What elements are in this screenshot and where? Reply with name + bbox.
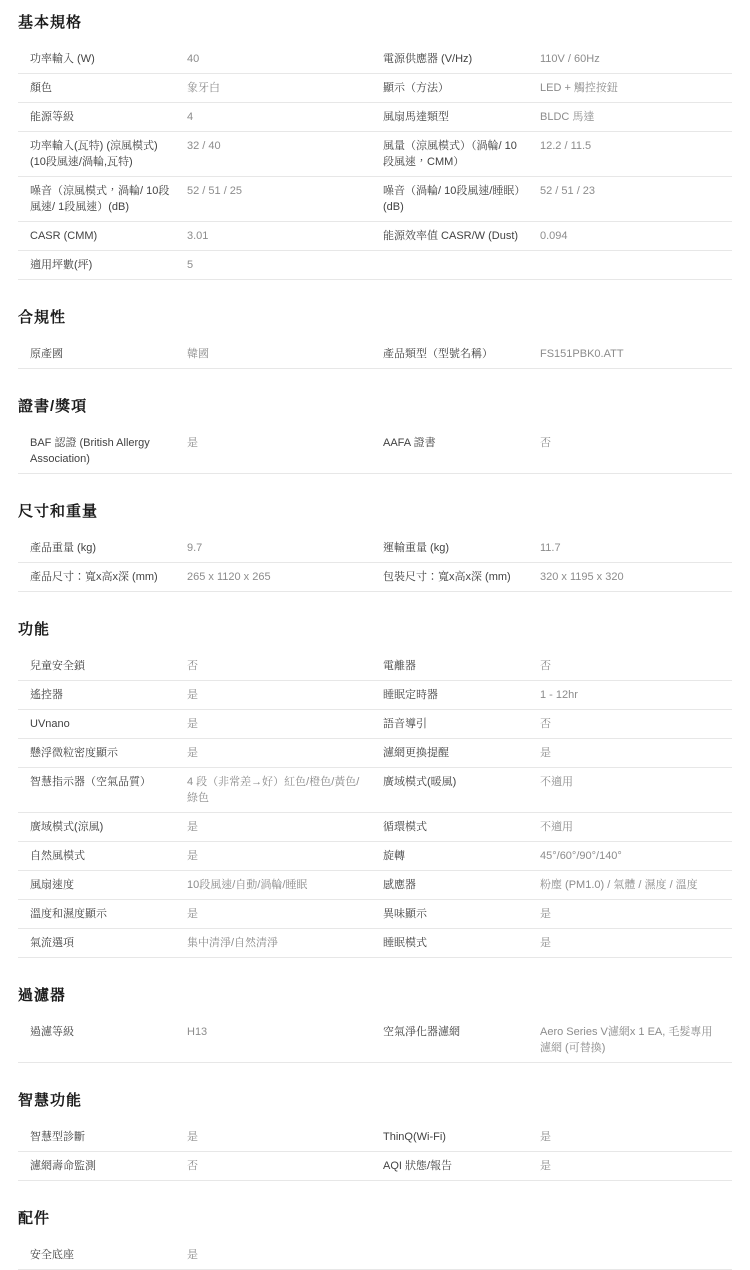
spec-value-left: 是 bbox=[187, 906, 383, 922]
spec-row: 原產國 韓國 產品類型（型號名稱） FS151PBK0.ATT bbox=[18, 340, 732, 369]
spec-section: 過濾器 過濾等級 H13 空氣淨化器濾網 Aero Series V濾網x 1 … bbox=[18, 985, 732, 1063]
spec-value-right: 否 bbox=[540, 435, 732, 467]
spec-value-left: 10段風速/自動/渦輪/睡眠 bbox=[187, 877, 383, 893]
spec-value-right: Aero Series V濾網x 1 EA, 毛髮專用濾網 (可替換) bbox=[540, 1024, 732, 1056]
spec-label-left: 產品重量 (kg) bbox=[30, 540, 187, 556]
spec-row: BAF 認證 (British Allergy Association) 是 A… bbox=[18, 429, 732, 474]
spec-label-right: 噪音（渦輪/ 10段風速/睡眠）(dB) bbox=[383, 183, 540, 215]
spec-label-right: 風扇馬達類型 bbox=[383, 109, 540, 125]
spec-label-right: 產品類型（型號名稱） bbox=[383, 346, 540, 362]
spec-value-right: 110V / 60Hz bbox=[540, 51, 732, 67]
spec-label-right: 空氣淨化器濾網 bbox=[383, 1024, 540, 1056]
spec-value-left: 是 bbox=[187, 819, 383, 835]
spec-label-right: 語音導引 bbox=[383, 716, 540, 732]
section-title: 功能 bbox=[18, 619, 732, 641]
section-title: 智慧功能 bbox=[18, 1090, 732, 1112]
spec-label-left: 智慧型診斷 bbox=[30, 1129, 187, 1145]
spec-section: 功能 兒童安全鎖 否 電離器 否 遙控器 是 睡眠定時器 1 - 12hr UV… bbox=[18, 619, 732, 958]
spec-label-right: 顯示（方法） bbox=[383, 80, 540, 96]
spec-row: CASR (CMM) 3.01 能源效率值 CASR/W (Dust) 0.09… bbox=[18, 222, 732, 251]
spec-value-left: 4 段（非常差→好）紅色/橙色/黃色/綠色 bbox=[187, 774, 383, 806]
spec-label-right bbox=[383, 1247, 540, 1263]
spec-label-left: 功率輸入 (W) bbox=[30, 51, 187, 67]
spec-sections-container: 基本規格 功率輸入 (W) 40 電源供應器 (V/Hz) 110V / 60H… bbox=[0, 12, 750, 1270]
spec-value-right: 12.2 / 11.5 bbox=[540, 138, 732, 170]
spec-row: 溫度和濕度顯示 是 異味顯示 是 bbox=[18, 900, 732, 929]
spec-value-left: 是 bbox=[187, 1129, 383, 1145]
spec-label-right: 異味顯示 bbox=[383, 906, 540, 922]
spec-value-left: 是 bbox=[187, 745, 383, 761]
spec-value-left: 52 / 51 / 25 bbox=[187, 183, 383, 215]
section-title: 基本規格 bbox=[18, 12, 732, 34]
section-rows: 安全底座 是 bbox=[18, 1241, 732, 1270]
section-rows: 過濾等級 H13 空氣淨化器濾網 Aero Series V濾網x 1 EA, … bbox=[18, 1018, 732, 1063]
spec-value-right bbox=[540, 257, 732, 273]
spec-label-left: 廣域模式(涼風) bbox=[30, 819, 187, 835]
spec-label-left: 濾網壽命監測 bbox=[30, 1158, 187, 1174]
spec-label-left: 溫度和濕度顯示 bbox=[30, 906, 187, 922]
spec-value-right: FS151PBK0.ATT bbox=[540, 346, 732, 362]
spec-row: 廣域模式(涼風) 是 循環模式 不適用 bbox=[18, 813, 732, 842]
spec-label-left: 顏色 bbox=[30, 80, 187, 96]
spec-value-left: 是 bbox=[187, 848, 383, 864]
spec-section: 合規性 原產國 韓國 產品類型（型號名稱） FS151PBK0.ATT bbox=[18, 307, 732, 369]
spec-section: 證書/獎項 BAF 認證 (British Allergy Associatio… bbox=[18, 396, 732, 474]
spec-value-right: 否 bbox=[540, 658, 732, 674]
spec-value-right: 45°/60°/90°/140° bbox=[540, 848, 732, 864]
spec-row: UVnano 是 語音導引 否 bbox=[18, 710, 732, 739]
spec-value-right: 11.7 bbox=[540, 540, 732, 556]
spec-label-left: 安全底座 bbox=[30, 1247, 187, 1263]
spec-value-right: 是 bbox=[540, 745, 732, 761]
spec-value-right: 不適用 bbox=[540, 819, 732, 835]
section-rows: 功率輸入 (W) 40 電源供應器 (V/Hz) 110V / 60Hz 顏色 … bbox=[18, 45, 732, 280]
spec-label-left: 遙控器 bbox=[30, 687, 187, 703]
section-title: 合規性 bbox=[18, 307, 732, 329]
spec-row: 遙控器 是 睡眠定時器 1 - 12hr bbox=[18, 681, 732, 710]
spec-row: 產品尺寸：寬x高x深 (mm) 265 x 1120 x 265 包裝尺寸：寬x… bbox=[18, 563, 732, 592]
spec-value-left: 是 bbox=[187, 687, 383, 703]
spec-value-right: 1 - 12hr bbox=[540, 687, 732, 703]
spec-value-right: 是 bbox=[540, 1129, 732, 1145]
section-rows: BAF 認證 (British Allergy Association) 是 A… bbox=[18, 429, 732, 474]
spec-value-right: 不適用 bbox=[540, 774, 732, 806]
spec-value-right: 是 bbox=[540, 935, 732, 951]
spec-value-left: 集中清淨/自然清淨 bbox=[187, 935, 383, 951]
spec-label-left: 噪音（涼風模式，渦輪/ 10段風速/ 1段風速）(dB) bbox=[30, 183, 187, 215]
spec-section: 智慧功能 智慧型診斷 是 ThinQ(Wi-Fi) 是 濾網壽命監測 否 AQI… bbox=[18, 1090, 732, 1181]
spec-label-left: CASR (CMM) bbox=[30, 228, 187, 244]
spec-label-left: 氣流選項 bbox=[30, 935, 187, 951]
spec-label-right: 風量（涼風模式）（渦輪/ 10段風速，CMM） bbox=[383, 138, 540, 170]
spec-row: 能源等級 4 風扇馬達類型 BLDC 馬達 bbox=[18, 103, 732, 132]
spec-page: 基本規格 功率輸入 (W) 40 電源供應器 (V/Hz) 110V / 60H… bbox=[0, 0, 750, 1270]
spec-value-left: 是 bbox=[187, 716, 383, 732]
section-rows: 產品重量 (kg) 9.7 運輸重量 (kg) 11.7 產品尺寸：寬x高x深 … bbox=[18, 534, 732, 592]
spec-label-left: BAF 認證 (British Allergy Association) bbox=[30, 435, 187, 467]
spec-value-right: 0.094 bbox=[540, 228, 732, 244]
spec-label-left: 產品尺寸：寬x高x深 (mm) bbox=[30, 569, 187, 585]
spec-label-right: 包裝尺寸：寬x高x深 (mm) bbox=[383, 569, 540, 585]
spec-label-left: 懸浮微粒密度顯示 bbox=[30, 745, 187, 761]
spec-value-left: 否 bbox=[187, 1158, 383, 1174]
section-title: 過濾器 bbox=[18, 985, 732, 1007]
spec-value-left: 韓國 bbox=[187, 346, 383, 362]
spec-row: 懸浮微粒密度顯示 是 濾網更換提醒 是 bbox=[18, 739, 732, 768]
spec-row: 過濾等級 H13 空氣淨化器濾網 Aero Series V濾網x 1 EA, … bbox=[18, 1018, 732, 1063]
spec-row: 氣流選項 集中清淨/自然清淨 睡眠模式 是 bbox=[18, 929, 732, 958]
section-rows: 智慧型診斷 是 ThinQ(Wi-Fi) 是 濾網壽命監測 否 AQI 狀態/報… bbox=[18, 1123, 732, 1181]
spec-section: 尺寸和重量 產品重量 (kg) 9.7 運輸重量 (kg) 11.7 產品尺寸：… bbox=[18, 501, 732, 592]
spec-value-left: 3.01 bbox=[187, 228, 383, 244]
spec-label-right: ThinQ(Wi-Fi) bbox=[383, 1129, 540, 1145]
spec-row: 功率輸入 (W) 40 電源供應器 (V/Hz) 110V / 60Hz bbox=[18, 45, 732, 74]
spec-row: 安全底座 是 bbox=[18, 1241, 732, 1270]
spec-row: 風扇速度 10段風速/自動/渦輪/睡眠 感應器 粉塵 (PM1.0) / 氣體 … bbox=[18, 871, 732, 900]
spec-label-right: 感應器 bbox=[383, 877, 540, 893]
spec-label-right: 能源效率值 CASR/W (Dust) bbox=[383, 228, 540, 244]
spec-value-left: 象牙白 bbox=[187, 80, 383, 96]
spec-row: 噪音（涼風模式，渦輪/ 10段風速/ 1段風速）(dB) 52 / 51 / 2… bbox=[18, 177, 732, 222]
spec-value-left: 32 / 40 bbox=[187, 138, 383, 170]
spec-value-left: 40 bbox=[187, 51, 383, 67]
spec-label-right: AAFA 證書 bbox=[383, 435, 540, 467]
spec-value-right: LED + 觸控按鈕 bbox=[540, 80, 732, 96]
spec-value-right: BLDC 馬達 bbox=[540, 109, 732, 125]
spec-value-right: 是 bbox=[540, 906, 732, 922]
spec-row: 顏色 象牙白 顯示（方法） LED + 觸控按鈕 bbox=[18, 74, 732, 103]
spec-label-left: 兒童安全鎖 bbox=[30, 658, 187, 674]
spec-label-right: 睡眠模式 bbox=[383, 935, 540, 951]
spec-row: 智慧型診斷 是 ThinQ(Wi-Fi) 是 bbox=[18, 1123, 732, 1152]
spec-label-left: UVnano bbox=[30, 716, 187, 732]
spec-row: 功率輸入(瓦特) (涼風模式) (10段風速/渦輪,瓦特) 32 / 40 風量… bbox=[18, 132, 732, 177]
spec-label-left: 過濾等級 bbox=[30, 1024, 187, 1056]
spec-section: 基本規格 功率輸入 (W) 40 電源供應器 (V/Hz) 110V / 60H… bbox=[18, 12, 732, 280]
spec-value-left: 是 bbox=[187, 435, 383, 467]
spec-value-right bbox=[540, 1247, 732, 1263]
spec-label-left: 自然風模式 bbox=[30, 848, 187, 864]
spec-label-right: 旋轉 bbox=[383, 848, 540, 864]
spec-label-right: 濾網更換提醒 bbox=[383, 745, 540, 761]
spec-value-right: 320 x 1195 x 320 bbox=[540, 569, 732, 585]
section-title: 證書/獎項 bbox=[18, 396, 732, 418]
spec-label-right: 循環模式 bbox=[383, 819, 540, 835]
spec-value-left: 否 bbox=[187, 658, 383, 674]
spec-label-right: 廣域模式(暖風) bbox=[383, 774, 540, 806]
spec-label-right: 睡眠定時器 bbox=[383, 687, 540, 703]
spec-value-left: H13 bbox=[187, 1024, 383, 1056]
spec-value-left: 265 x 1120 x 265 bbox=[187, 569, 383, 585]
spec-row: 自然風模式 是 旋轉 45°/60°/90°/140° bbox=[18, 842, 732, 871]
spec-value-right: 是 bbox=[540, 1158, 732, 1174]
spec-value-right: 52 / 51 / 23 bbox=[540, 183, 732, 215]
spec-label-left: 風扇速度 bbox=[30, 877, 187, 893]
spec-row: 兒童安全鎖 否 電離器 否 bbox=[18, 652, 732, 681]
spec-label-left: 能源等級 bbox=[30, 109, 187, 125]
spec-value-right: 否 bbox=[540, 716, 732, 732]
spec-label-right: 運輸重量 (kg) bbox=[383, 540, 540, 556]
spec-value-left: 9.7 bbox=[187, 540, 383, 556]
spec-label-right bbox=[383, 257, 540, 273]
section-title: 配件 bbox=[18, 1208, 732, 1230]
spec-value-left: 4 bbox=[187, 109, 383, 125]
section-rows: 原產國 韓國 產品類型（型號名稱） FS151PBK0.ATT bbox=[18, 340, 732, 369]
spec-row: 智慧指示器（空氣品質） 4 段（非常差→好）紅色/橙色/黃色/綠色 廣域模式(暖… bbox=[18, 768, 732, 813]
spec-value-right: 粉塵 (PM1.0) / 氣體 / 濕度 / 溫度 bbox=[540, 877, 732, 893]
spec-section: 配件 安全底座 是 bbox=[18, 1208, 732, 1270]
spec-label-left: 適用坪數(坪) bbox=[30, 257, 187, 273]
spec-label-right: 電源供應器 (V/Hz) bbox=[383, 51, 540, 67]
spec-row: 適用坪數(坪) 5 bbox=[18, 251, 732, 280]
spec-label-right: AQI 狀態/報告 bbox=[383, 1158, 540, 1174]
section-rows: 兒童安全鎖 否 電離器 否 遙控器 是 睡眠定時器 1 - 12hr UVnan… bbox=[18, 652, 732, 958]
spec-value-left: 5 bbox=[187, 257, 383, 273]
spec-row: 濾網壽命監測 否 AQI 狀態/報告 是 bbox=[18, 1152, 732, 1181]
spec-value-left: 是 bbox=[187, 1247, 383, 1263]
spec-label-left: 智慧指示器（空氣品質） bbox=[30, 774, 187, 806]
section-title: 尺寸和重量 bbox=[18, 501, 732, 523]
spec-label-right: 電離器 bbox=[383, 658, 540, 674]
spec-label-left: 功率輸入(瓦特) (涼風模式) (10段風速/渦輪,瓦特) bbox=[30, 138, 187, 170]
spec-label-left: 原產國 bbox=[30, 346, 187, 362]
spec-row: 產品重量 (kg) 9.7 運輸重量 (kg) 11.7 bbox=[18, 534, 732, 563]
